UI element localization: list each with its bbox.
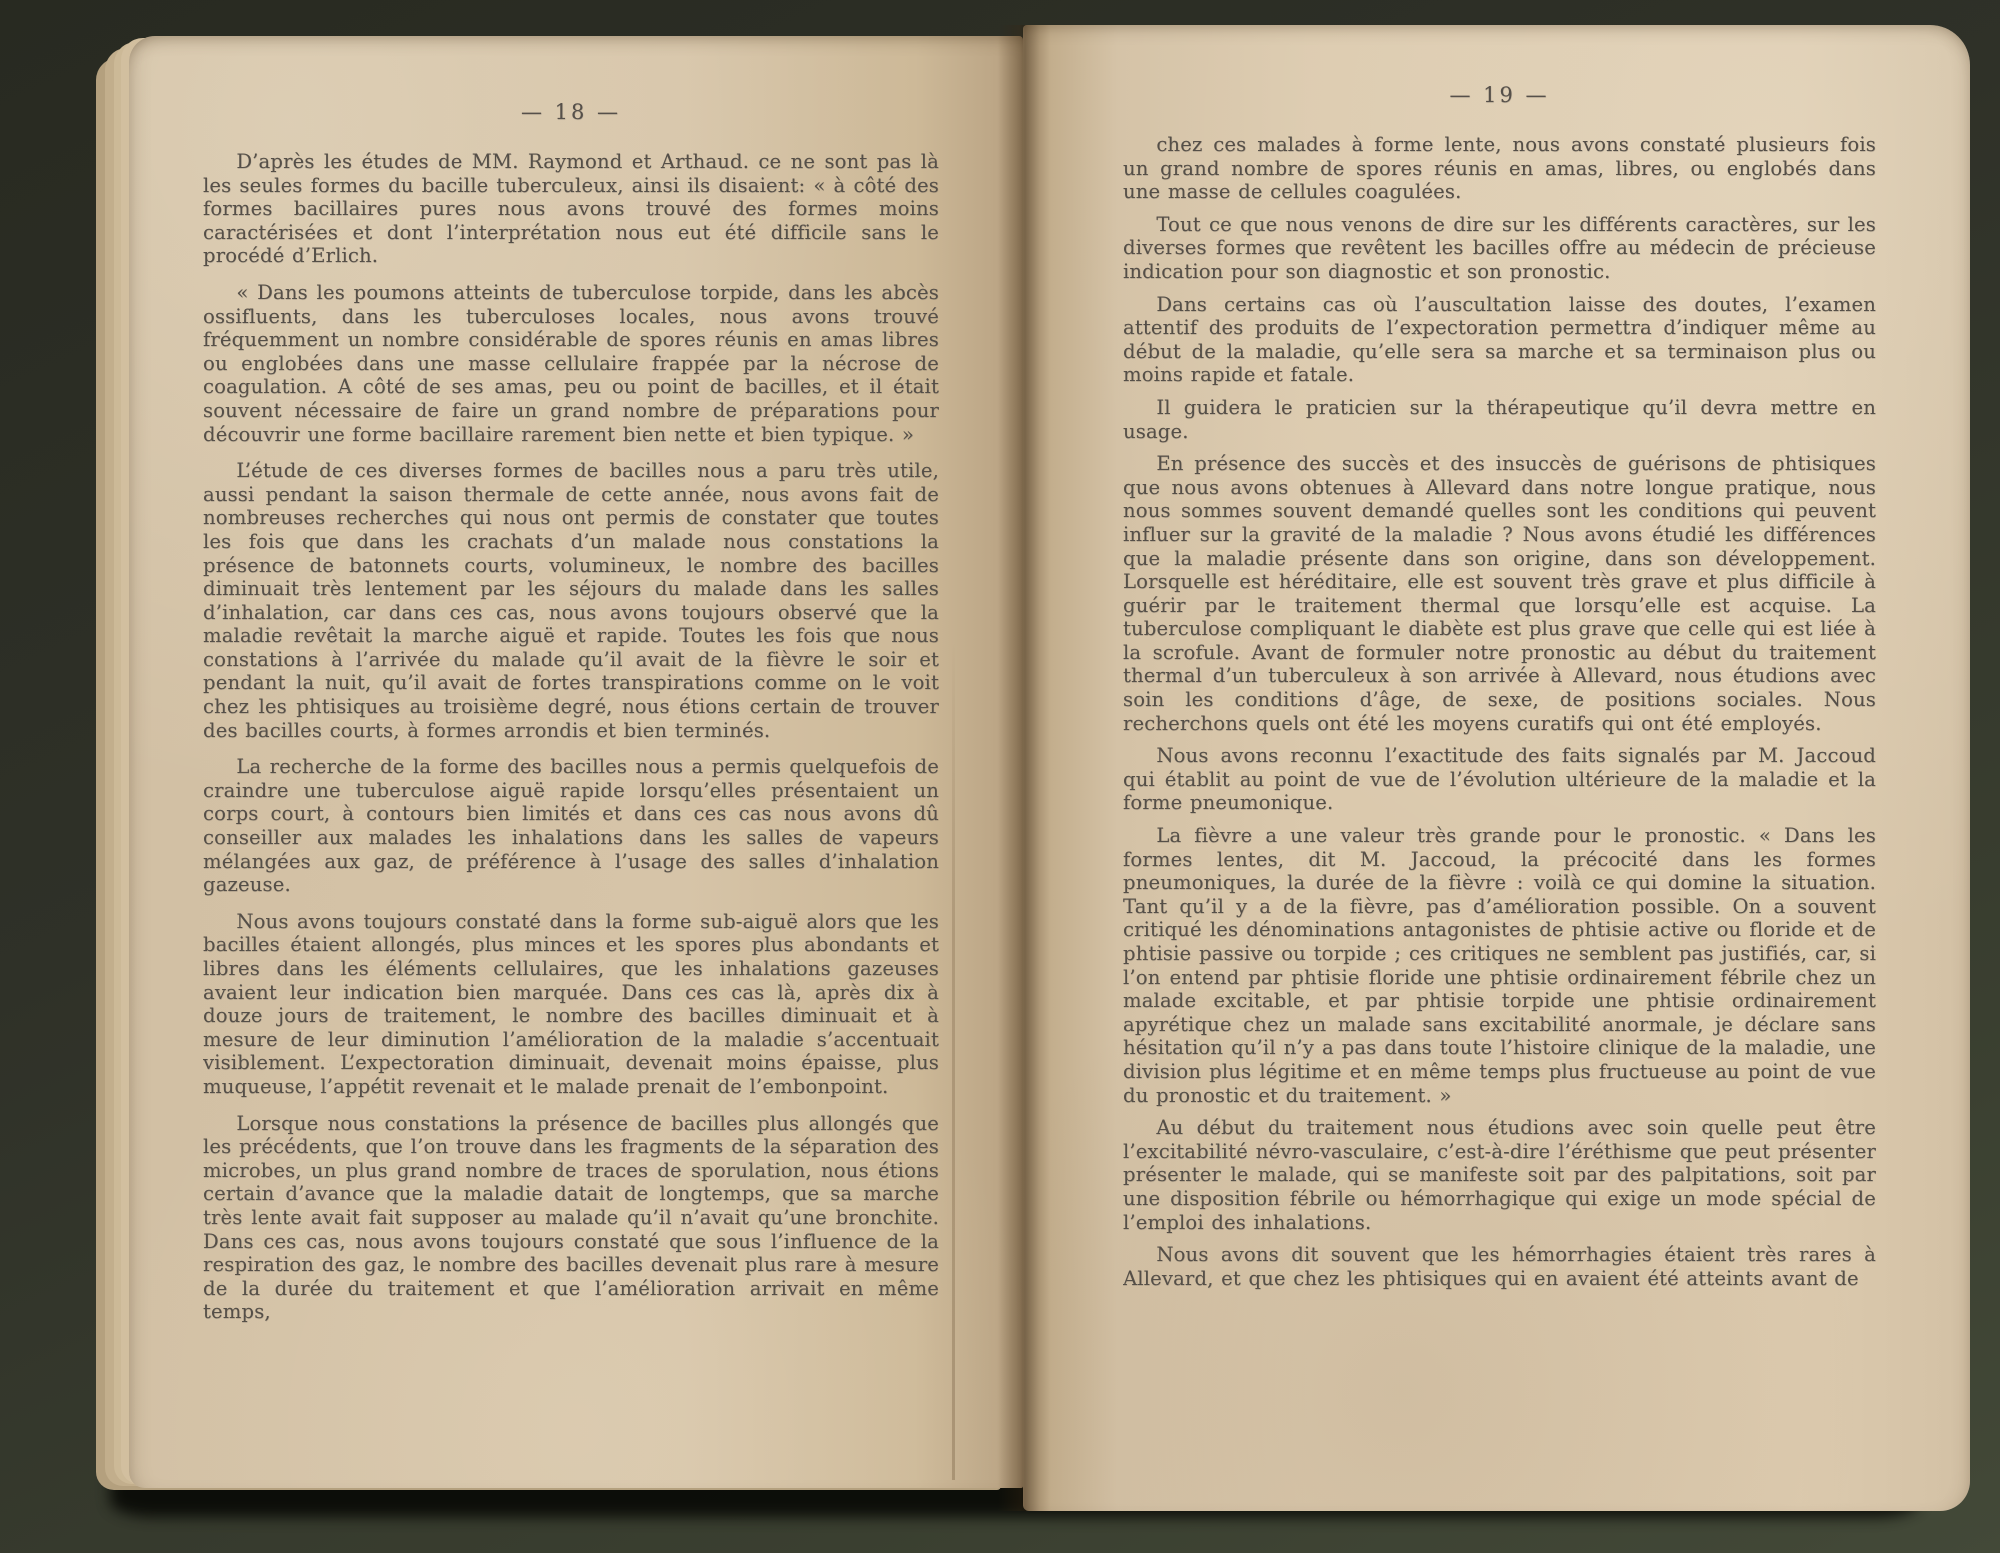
paragraph: Lorsque nous constations la présence de …: [203, 1112, 939, 1324]
paragraph: Au début du traitement nous étudions ave…: [1123, 1116, 1876, 1234]
page-18-text: D’après les études de MM. Raymond et Art…: [203, 150, 939, 1337]
paragraph: Dans certains cas où l’auscultation lais…: [1123, 293, 1876, 387]
paragraph: L’étude de ces diverses formes de bacill…: [203, 459, 939, 742]
page-19: — 19 — chez ces malades à forme lente, n…: [1023, 25, 1970, 1511]
paragraph: « Dans les poumons atteints de tuberculo…: [203, 281, 939, 446]
paragraph: Nous avons dit souvent que les hémorrhag…: [1123, 1243, 1876, 1290]
book-scan: — 18 — D’après les études de MM. Raymond…: [0, 0, 2000, 1553]
paragraph: En présence des succès et des insuccès d…: [1123, 452, 1876, 735]
paragraph: La recherche de la forme des bacilles no…: [203, 755, 939, 897]
paragraph: Il guidera le praticien sur la thérapeut…: [1123, 396, 1876, 443]
page-19-text: chez ces malades à forme lente, nous avo…: [1123, 133, 1876, 1299]
paragraph: Nous avons toujours constaté dans la for…: [203, 910, 939, 1099]
page-number: — 18 —: [203, 100, 939, 124]
paragraph: La fièvre a une valeur très grande pour …: [1123, 824, 1876, 1107]
paragraph: Nous avons reconnu l’exactitude des fait…: [1123, 744, 1876, 815]
page-number: — 19 —: [1123, 83, 1876, 107]
page-18: — 18 — D’après les études de MM. Raymond…: [129, 36, 1023, 1488]
paragraph: chez ces malades à forme lente, nous avo…: [1123, 133, 1876, 204]
paragraph: Tout ce que nous venons de dire sur les …: [1123, 213, 1876, 284]
paragraph: D’après les études de MM. Raymond et Art…: [203, 150, 939, 268]
